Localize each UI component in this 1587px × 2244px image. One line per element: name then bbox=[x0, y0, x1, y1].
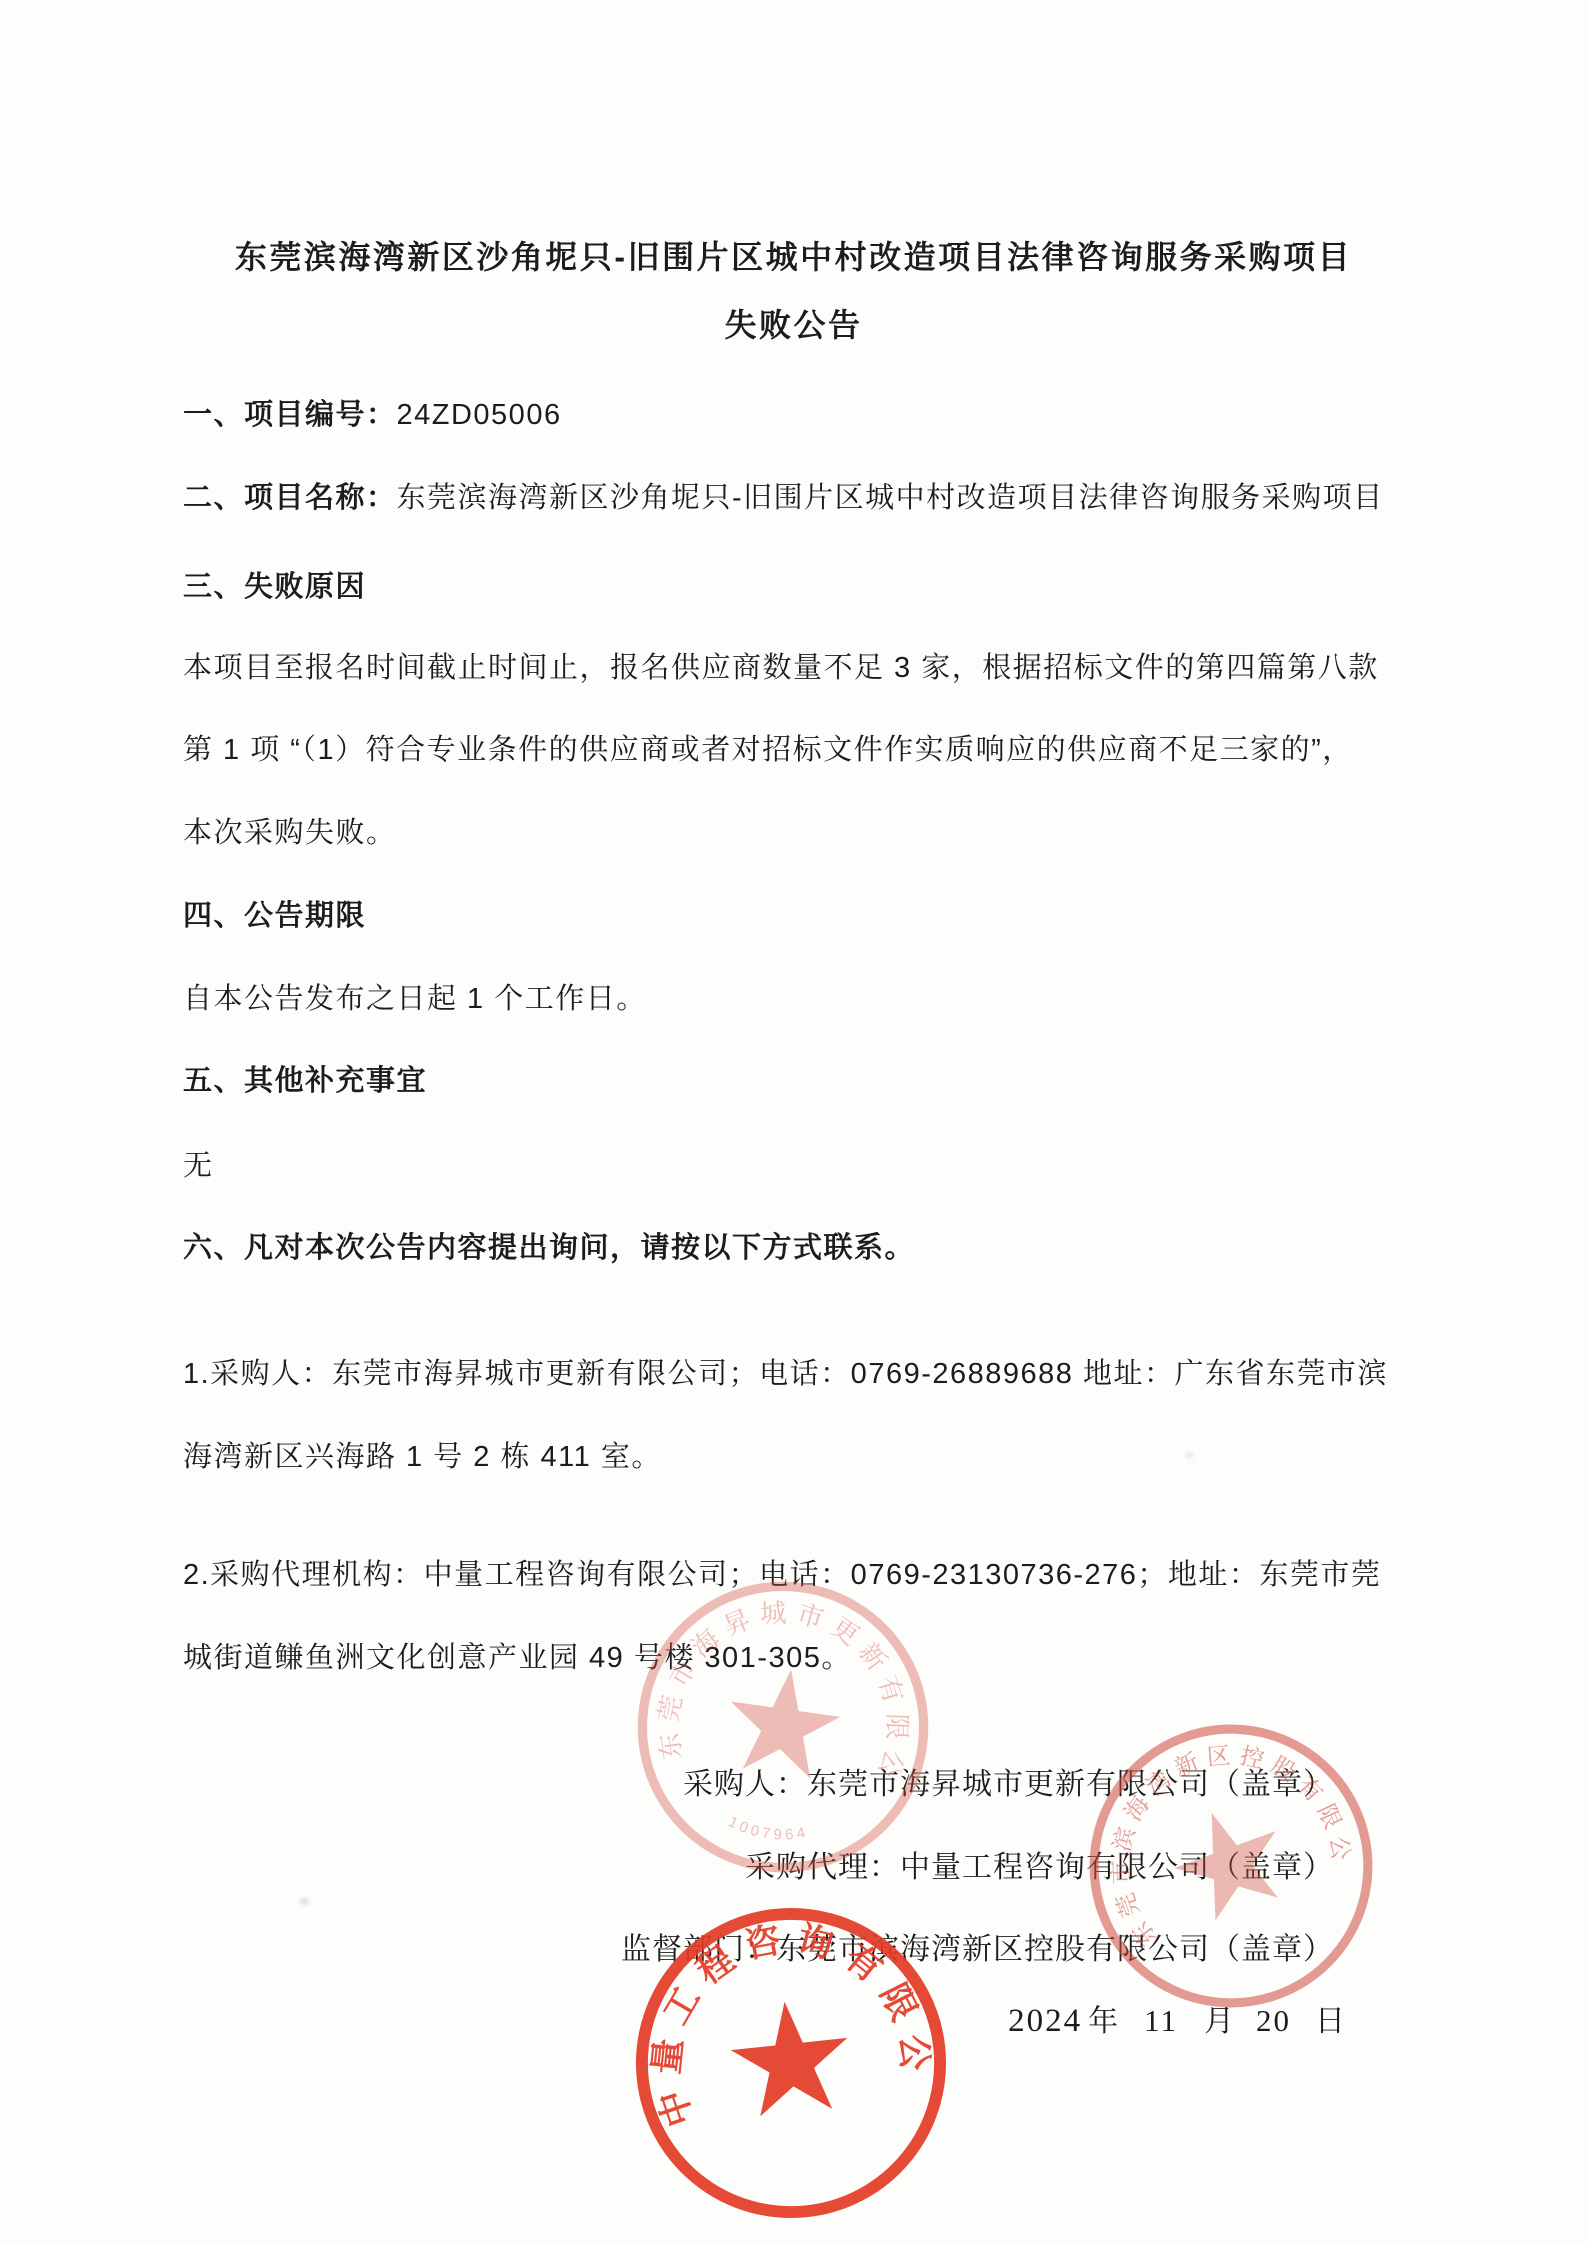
signature-agent: 采购代理：中量工程咨询有限公司（盖章） bbox=[745, 1850, 1334, 1886]
section3-heading: 三、失败原因 bbox=[183, 570, 366, 605]
contact-buyer-line1: 1.采购人：东莞市海昇城市更新有限公司；电话：0769-26889688 地址：… bbox=[183, 1357, 1388, 1392]
section3-paragraph-line2: 第 1 项 “（1）符合专业条件的供应商或者对招标文件作实质响应的供应商不足三家… bbox=[183, 733, 1353, 768]
section5-paragraph-line1: 无 bbox=[183, 1149, 214, 1184]
stamp-serial-text: 1007964 bbox=[724, 1813, 812, 1849]
date-month: 11 bbox=[1144, 2003, 1178, 2039]
section4-paragraph-line1: 自本公告发布之日起 1 个工作日。 bbox=[183, 982, 647, 1017]
stamp-ring-text: 东莞市海昇城市更新有限公司 bbox=[633, 1577, 933, 1796]
signature-supervisor: 监督部门：东莞市滨海湾新区控股有限公司（盖章） bbox=[621, 1932, 1334, 1968]
contact-agent-line1: 2.采购代理机构：中量工程咨询有限公司；电话：0769-23130736-276… bbox=[183, 1558, 1381, 1593]
item-project-name-value: 东莞滨海湾新区沙角坭只-旧围片区城中村改造项目法律咨询服务采购项目 bbox=[397, 482, 1384, 514]
page-title-line1: 东莞滨海湾新区沙角坭只-旧围片区城中村改造项目法律咨询服务采购项目 bbox=[0, 238, 1587, 276]
svg-text:东莞市海昇城市更新有限公司: 东莞市海昇城市更新有限公司 bbox=[633, 1577, 933, 1796]
contact-buyer-line2: 海湾新区兴海路 1 号 2 栋 411 室。 bbox=[183, 1440, 662, 1475]
buyer-company-stamp: 东莞市海昇城市更新有限公司 1007964 bbox=[633, 1577, 933, 1877]
section4-heading: 四、公告期限 bbox=[183, 899, 366, 934]
announcement-page: 东莞滨海湾新区沙角坭只-旧围片区城中村改造项目法律咨询服务采购项目 失败公告 一… bbox=[0, 0, 1587, 2244]
star-icon bbox=[726, 1996, 854, 2119]
scan-artifact bbox=[300, 1898, 309, 1905]
date-day: 20 bbox=[1256, 2003, 1291, 2039]
date-month-label: 月 bbox=[1204, 1996, 1234, 2040]
item-project-number: 一、项目编号：24ZD05006 bbox=[183, 398, 562, 433]
section3-paragraph-line3: 本次采购失败。 bbox=[183, 816, 397, 851]
section3-paragraph-line1: 本项目至报名时间截止时间止，报名供应商数量不足 3 家，根据招标文件的第四篇第八… bbox=[183, 651, 1379, 686]
stamp-ring-text: 东莞市滨海湾新区控股有限公司 bbox=[1085, 1720, 1364, 1968]
svg-text:东莞市滨海湾新区控股有限公司: 东莞市滨海湾新区控股有限公司 bbox=[1085, 1720, 1364, 1968]
svg-text:1007964: 1007964 bbox=[724, 1813, 812, 1849]
signature-buyer: 采购人：东莞市海昇城市更新有限公司（盖章） bbox=[683, 1767, 1334, 1803]
date-day-label: 日 bbox=[1315, 1996, 1345, 2040]
page-title-line2: 失败公告 bbox=[0, 306, 1587, 344]
item-project-number-label: 一、项目编号： bbox=[183, 399, 397, 431]
star-icon bbox=[722, 1662, 846, 1782]
date-year-label: 年 bbox=[1088, 1996, 1118, 2040]
section6-heading: 六、凡对本次公告内容提出询问，请按以下方式联系。 bbox=[183, 1231, 915, 1266]
scan-artifact bbox=[1185, 1452, 1193, 1458]
date-year: 2024 bbox=[1008, 2003, 1082, 2040]
date-line: 2024 年 11 月 20 日 bbox=[1008, 1996, 1345, 2040]
section5-heading: 五、其他补充事宜 bbox=[183, 1064, 427, 1099]
contact-agent-line2: 城街道鳒鱼洲文化创意产业园 49 号楼 301-305。 bbox=[183, 1641, 852, 1676]
item-project-number-value: 24ZD05006 bbox=[397, 399, 562, 431]
item-project-name: 二、项目名称：东莞滨海湾新区沙角坭只-旧围片区城中村改造项目法律咨询服务采购项目 bbox=[183, 481, 1384, 516]
item-project-name-label: 二、项目名称： bbox=[183, 482, 397, 514]
stamp-ring bbox=[633, 1577, 933, 1877]
